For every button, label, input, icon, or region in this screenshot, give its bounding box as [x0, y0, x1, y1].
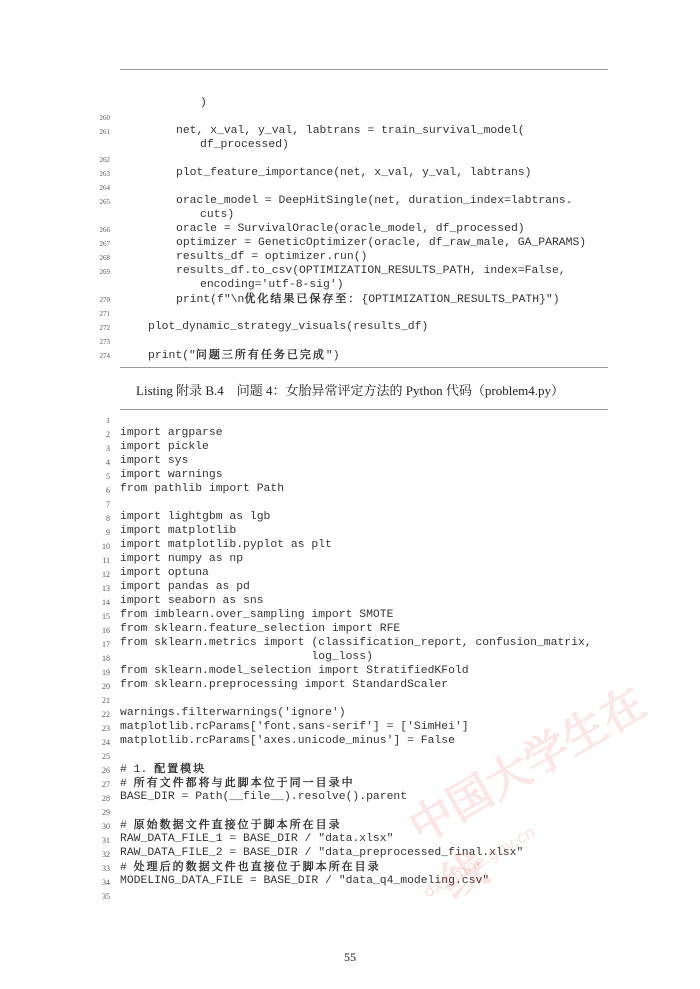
code-text: import pandas as pd: [120, 580, 250, 594]
line-number: 274: [92, 352, 110, 360]
code-line: 270print(f"\n优化结果已保存至：{OPTIMIZATION_RESU…: [0, 292, 700, 306]
line-number: 265: [92, 198, 110, 206]
line-number: 23: [92, 724, 110, 733]
code-text: cuts): [200, 208, 234, 222]
code-line: 274print("问题三所有任务已完成"): [0, 348, 700, 362]
code-line: 10import matplotlib.pyplot as plt: [0, 538, 700, 552]
code-line: 264: [0, 180, 700, 194]
code-text: from sklearn.model_selection import Stra…: [120, 664, 469, 678]
code-line: 3import pickle: [0, 440, 700, 454]
code-text-chinese: 处理后的数据文件也直接位于脚本所在目录: [134, 860, 381, 873]
line-number: 35: [92, 892, 110, 901]
code-line: 13import pandas as pd: [0, 580, 700, 594]
listing-caption: Listing 附录 B.4 问题 4：女胎异常评定方法的 Python 代码（…: [0, 380, 700, 399]
code-line: 273: [0, 334, 700, 348]
code-line: 17from sklearn.metrics import (classific…: [0, 636, 700, 650]
line-number: 8: [92, 514, 110, 523]
code-line: 260: [0, 110, 700, 124]
code-text: results_df.to_csv(OPTIMIZATION_RESULTS_P…: [176, 264, 566, 278]
code-line: 2import argparse: [0, 426, 700, 440]
code-text: from sklearn.metrics import (classificat…: [120, 636, 592, 650]
code-text: # 原始数据文件直接位于脚本所在目录: [120, 818, 342, 833]
line-number: 15: [92, 612, 110, 621]
line-number: 264: [92, 184, 110, 192]
code-line: 32RAW_DATA_FILE_2 = BASE_DIR / "data_pre…: [0, 846, 700, 860]
code-text-prefix: #: [120, 820, 134, 832]
code-text: print(f"\n优化结果已保存至：{OPTIMIZATION_RESULTS…: [176, 292, 560, 307]
line-number: 28: [92, 794, 110, 803]
code-line: 266oracle = SurvivalOracle(oracle_model,…: [0, 222, 700, 236]
code-line: 30# 原始数据文件直接位于脚本所在目录: [0, 818, 700, 832]
code-text: matplotlib.rcParams['font.sans-serif'] =…: [120, 720, 469, 734]
code-line: 9import matplotlib: [0, 524, 700, 538]
code-line: 268results_df = optimizer.run(): [0, 250, 700, 264]
line-number: 12: [92, 570, 110, 579]
code-text: BASE_DIR = Path(__file__).resolve().pare…: [120, 790, 407, 804]
code-line: ): [0, 96, 700, 110]
code-line: 21: [0, 692, 700, 706]
line-number: 21: [92, 696, 110, 705]
page-number: 55: [0, 950, 700, 965]
code-line: 28BASE_DIR = Path(__file__).resolve().pa…: [0, 790, 700, 804]
code-text-chinese: 所有文件都将与此脚本位于同一目录中: [134, 776, 355, 789]
code-text: log_loss): [120, 650, 373, 664]
code-line: 11import numpy as np: [0, 552, 700, 566]
line-number: 32: [92, 850, 110, 859]
code-text-prefix: #: [120, 862, 134, 874]
code-text: print("问题三所有任务已完成"): [148, 348, 340, 363]
code-line: 18 log_loss): [0, 650, 700, 664]
code-text-suffix: {OPTIMIZATION_RESULTS_PATH}"): [361, 294, 559, 306]
line-number: 9: [92, 528, 110, 537]
line-number: 4: [92, 458, 110, 467]
code-text: oracle = SurvivalOracle(oracle_model, df…: [176, 222, 525, 236]
code-text: # 所有文件都将与此脚本位于同一目录中: [120, 776, 355, 791]
code-line: 7: [0, 496, 700, 510]
code-text: import argparse: [120, 426, 223, 440]
code-text: warnings.filterwarnings('ignore'): [120, 706, 346, 720]
line-number: 29: [92, 808, 110, 817]
code-line: 262: [0, 152, 700, 166]
code-text-chinese: 原始数据文件直接位于脚本所在目录: [134, 818, 342, 831]
code-text: from pathlib import Path: [120, 482, 284, 496]
line-number: 26: [92, 766, 110, 775]
code-line: 272plot_dynamic_strategy_visuals(results…: [0, 320, 700, 334]
code-line: 263plot_feature_importance(net, x_val, y…: [0, 166, 700, 180]
code-line: 26# 1. 配置模块: [0, 762, 700, 776]
code-line: 265oracle_model = DeepHitSingle(net, dur…: [0, 194, 700, 208]
code-text-chinese: 配置模块: [154, 762, 206, 775]
line-number: 267: [92, 240, 110, 248]
code-text: import lightgbm as lgb: [120, 510, 270, 524]
code-text-prefix: print(f"\n: [176, 294, 244, 306]
line-number: 34: [92, 878, 110, 887]
code-line: 12import optuna: [0, 566, 700, 580]
line-number: 13: [92, 584, 110, 593]
code-line: 25: [0, 748, 700, 762]
line-number: 262: [92, 156, 110, 164]
line-number: 10: [92, 542, 110, 551]
code-line: 19from sklearn.model_selection import St…: [0, 664, 700, 678]
line-number: 268: [92, 254, 110, 262]
line-number: 1: [92, 416, 110, 425]
line-number: 266: [92, 226, 110, 234]
code-line: df_processed): [0, 138, 700, 152]
code-line: 269results_df.to_csv(OPTIMIZATION_RESULT…: [0, 264, 700, 278]
code-text: import seaborn as sns: [120, 594, 264, 608]
line-number: 269: [92, 268, 110, 276]
code-text: from sklearn.preprocessing import Standa…: [120, 678, 448, 692]
code-line: 29: [0, 804, 700, 818]
line-number: 33: [92, 864, 110, 873]
line-number: 16: [92, 626, 110, 635]
code-line: cuts): [0, 208, 700, 222]
code-text: import sys: [120, 454, 188, 468]
code-text: import matplotlib: [120, 524, 236, 538]
code-text-suffix: "): [326, 350, 340, 362]
line-number: 14: [92, 598, 110, 607]
code-text-prefix: # 1.: [120, 764, 154, 776]
line-number: 2: [92, 430, 110, 439]
code-text: plot_feature_importance(net, x_val, y_va…: [176, 166, 531, 180]
code-line: 20from sklearn.preprocessing import Stan…: [0, 678, 700, 692]
code-line: 267optimizer = GeneticOptimizer(oracle, …: [0, 236, 700, 250]
code-line: 34MODELING_DATA_FILE = BASE_DIR / "data_…: [0, 874, 700, 888]
line-number: 20: [92, 682, 110, 691]
code-line: 24matplotlib.rcParams['axes.unicode_minu…: [0, 734, 700, 748]
line-number: 6: [92, 486, 110, 495]
code-line: 14import seaborn as sns: [0, 594, 700, 608]
code-text: import numpy as np: [120, 552, 243, 566]
line-number: 18: [92, 654, 110, 663]
top-rule: [120, 69, 608, 70]
code-text: optimizer = GeneticOptimizer(oracle, df_…: [176, 236, 586, 250]
code-line: 6from pathlib import Path: [0, 482, 700, 496]
code-line: 23matplotlib.rcParams['font.sans-serif']…: [0, 720, 700, 734]
code-text: encoding='utf-8-sig'): [200, 278, 344, 292]
line-number: 24: [92, 738, 110, 747]
line-number: 3: [92, 444, 110, 453]
code-text: ): [200, 96, 207, 110]
code-text: net, x_val, y_val, labtrans = train_surv…: [176, 124, 525, 138]
code-text: RAW_DATA_FILE_2 = BASE_DIR / "data_prepr…: [120, 846, 523, 860]
code-line: 15from imblearn.over_sampling import SMO…: [0, 608, 700, 622]
code-line: 16from sklearn.feature_selection import …: [0, 622, 700, 636]
code-line: 33# 处理后的数据文件也直接位于脚本所在目录: [0, 860, 700, 874]
line-number: 270: [92, 296, 110, 304]
code-line: encoding='utf-8-sig'): [0, 278, 700, 292]
code-text: plot_dynamic_strategy_visuals(results_df…: [148, 320, 428, 334]
code-text: import matplotlib.pyplot as plt: [120, 538, 332, 552]
code-line: 27# 所有文件都将与此脚本位于同一目录中: [0, 776, 700, 790]
code-line: 4import sys: [0, 454, 700, 468]
line-number: 273: [92, 338, 110, 346]
code-text-prefix: print(": [148, 350, 196, 362]
code-text: import pickle: [120, 440, 209, 454]
code-text: matplotlib.rcParams['axes.unicode_minus'…: [120, 734, 455, 748]
listing-start-rule: [120, 409, 608, 410]
line-number: 30: [92, 822, 110, 831]
code-text-prefix: #: [120, 778, 134, 790]
code-line: 271: [0, 306, 700, 320]
code-line: 5import warnings: [0, 468, 700, 482]
line-number: 263: [92, 170, 110, 178]
line-number: 31: [92, 836, 110, 845]
line-number: 272: [92, 324, 110, 332]
code-line: 1: [0, 412, 700, 426]
code-line: 35: [0, 888, 700, 902]
code-text: oracle_model = DeepHitSingle(net, durati…: [176, 194, 572, 208]
line-number: 22: [92, 710, 110, 719]
code-text: MODELING_DATA_FILE = BASE_DIR / "data_q4…: [120, 874, 489, 888]
code-line: 22warnings.filterwarnings('ignore'): [0, 706, 700, 720]
code-text: RAW_DATA_FILE_1 = BASE_DIR / "data.xlsx": [120, 832, 393, 846]
code-text: results_df = optimizer.run(): [176, 250, 367, 264]
code-text: import warnings: [120, 468, 223, 482]
line-number: 260: [92, 114, 110, 122]
code-text: from imblearn.over_sampling import SMOTE: [120, 608, 393, 622]
line-number: 7: [92, 500, 110, 509]
code-text: df_processed): [200, 138, 289, 152]
line-number: 271: [92, 310, 110, 318]
code-text: # 处理后的数据文件也直接位于脚本所在目录: [120, 860, 381, 875]
code-text: from sklearn.feature_selection import RF…: [120, 622, 400, 636]
line-number: 17: [92, 640, 110, 649]
line-number: 11: [92, 556, 110, 565]
code-text-chinese: 问题三所有任务已完成: [196, 348, 326, 361]
code-line: 8import lightgbm as lgb: [0, 510, 700, 524]
code-text-chinese: 优化结果已保存至：: [244, 292, 361, 305]
code-line: 261net, x_val, y_val, labtrans = train_s…: [0, 124, 700, 138]
code-text: import optuna: [120, 566, 209, 580]
line-number: 25: [92, 752, 110, 761]
line-number: 19: [92, 668, 110, 677]
line-number: 5: [92, 472, 110, 481]
code-line: 31RAW_DATA_FILE_1 = BASE_DIR / "data.xls…: [0, 832, 700, 846]
line-number: 261: [92, 128, 110, 136]
line-number: 27: [92, 780, 110, 789]
listing-end-rule: [120, 367, 608, 368]
code-text: # 1. 配置模块: [120, 762, 206, 777]
